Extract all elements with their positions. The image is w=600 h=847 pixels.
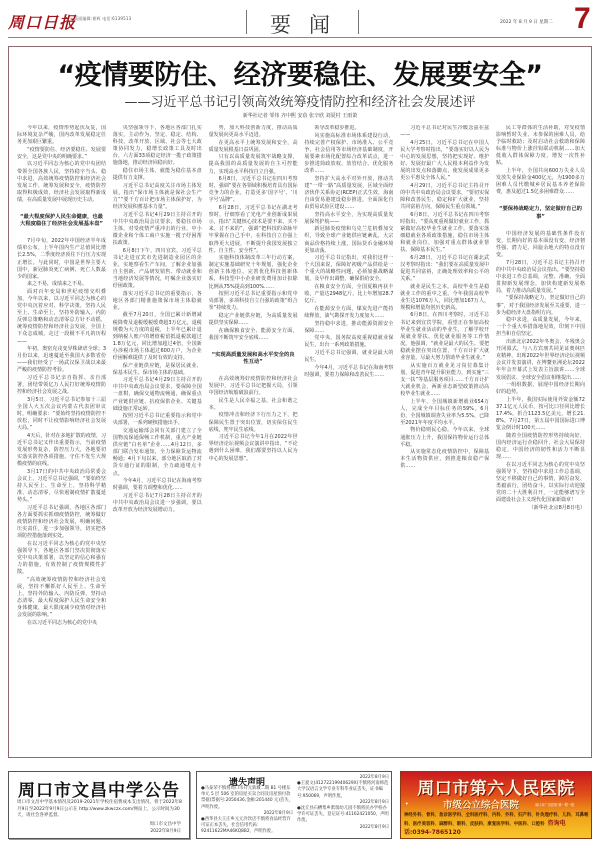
lost-notice-date: 2022年8月9日: [297, 825, 389, 831]
paragraph: 按照习近平总书记重要指示和党中央部署，多项科技自立自强的政策“组合拳”持续发力。: [209, 291, 298, 312]
article-attribution: （新华社北京8月8日电）: [496, 505, 585, 512]
issue-date: 2022 年 8 月 9 日 星期二: [500, 19, 553, 25]
article-byline: 新华社记者 邹伟 齐中熙 安蓓 张辛欣 刘夏村 王雨萧: [9, 112, 591, 119]
hospital-departments: 神经外科、骨科、急诊医学科、全科医疗科、内科、外科、妇产科、针灸理疗科、儿科、耳…: [404, 812, 590, 838]
paragraph: 7月中旬，2022年中国经济半年成绩单公布，上半年国内生产总值同比增长2.5%，…: [17, 238, 106, 281]
main-article: “疫情要防住、经济要稳住、发展要安全” ——习近平总书记引领高效统筹疫情防控和经…: [8, 46, 592, 758]
paragraph: 只有以高质量发展筑牢战略支撑，提高我国的高质量发展的自主可控能力，实现高水平科技…: [209, 154, 298, 175]
paragraph: 在更高水平上统筹发展和安全，高质量发展根基日益巩固。: [209, 140, 298, 154]
article-subheadline: ——习近平总书记引领高效统筹疫情防控和经济社会发展述评: [9, 91, 591, 110]
section-divider-right: [358, 10, 359, 34]
article-column-3: 势，加大科技创新力度，推动高质量发展向更高水平迈进。 在更高水平上统筹发展和安全…: [209, 125, 298, 751]
school-notice-ad: 周口市文昌中学公告 周口市文昌中学基本情况及2019-2021年学校住宿费成本支…: [8, 771, 190, 839]
section-heading: “要保持战略定力，坚定做好自己的事”: [498, 206, 583, 220]
paragraph: 3月17日的中共中央政治局常委会会议上，习近平总书记强调，“要始终坚持人民至上、…: [17, 469, 106, 504]
newspaper-logo: 周口日报: [8, 10, 76, 33]
paragraph: 民生是人民幸福之基、社会和谐之本。: [209, 398, 298, 412]
lost-notices-column-1: ●马泰荣不慎将周口市开元新城二期 B1 号楼东单元 5 层 506 室的房屋买卖…: [201, 786, 293, 836]
article-column-4: 领导改革稳步推进。 风实施高标准市场体系建设行动，持续完善产权保护、市场准入、公…: [304, 125, 393, 751]
paragraph: 习近平总书记7月28日主持召开的中共中央政治局会议进一步强调，要以改革开放为经济…: [113, 493, 202, 514]
paragraph: 年初，奥密克戎变异株肆虐全球；3月份以来，迅速蔓延至我国大多数省份——我们经受了…: [17, 346, 106, 374]
paragraph: 落实习近平总书记的重要指示，各地区各部门精准施策保市场主体稳就业。: [113, 291, 202, 312]
paragraph: 习近平总书记亲自指挥、亲自部署，团结带领亿万人民打好统筹疫情防控和经济社会发展之…: [17, 375, 106, 396]
article-column-2: 央坚强领导下，各地区各部门扎实落实，主动作为，坚定、稳定、结构、科技、改革开放、…: [113, 125, 202, 751]
paragraph: 出席北京2022年冬奥会、冬残奥会开闭幕式，与八方宾朋共同见证奥林匹克精神，出席…: [496, 339, 585, 382]
paragraph: 实施科技体制改革三年行动方案，制定实施基础研究十年规划，强化企业创新主体地位。完…: [209, 255, 298, 290]
paragraph: 在高效统筹好疫情防控和经济社会发展中，习近平总书记把握大局，引领中国经济航船破浪…: [209, 376, 298, 397]
article-column-1: 今年以来，疫情形势起伏反复，国际环境复杂严峻，国内改革发展稳定任务更加艰巨繁重。…: [17, 125, 106, 751]
section-title: 要闻: [270, 9, 348, 39]
paragraph: 面对百年变局和世纪疫情交织叠加，今年以来，以习近平同志为核心的党中央沉着应对、科…: [17, 289, 106, 346]
paragraph: 3月5日，习近平总书记参加十三届全国人大五次会议内蒙古代表团审议时，明确要求：“…: [17, 397, 106, 432]
school-notice-title: 周口市文昌中学公告: [9, 776, 189, 801]
paragraph: 习近平总书记4月29日主持召开的中共中央政治局会议要求，要稳住市场主体，对受疫情…: [113, 212, 202, 247]
school-notice-signer: 周口市文昌中学: [150, 822, 182, 829]
page-number: 7: [574, 2, 591, 36]
lost-notices-column-2: 2022年8月9日 ●王爱文(41272219940629X)不慎将河南师范大学…: [297, 775, 389, 831]
paragraph: 按照习近平总书记重要指示和党中央部署，一系列硬核措施出手。: [113, 413, 202, 427]
article-column-6: 民工等群体的生活补助，对受疫情影响暂时失业、未参保的困难人员，给予临时救助；及时…: [496, 125, 585, 751]
paragraph: 今年4月，习近平总书记在海南考察时强调，要着力调整和优化……: [113, 478, 202, 492]
article-columns: 今年以来，疫情形势起伏反复，国际环境复杂严峻，国内改革发展稳定任务更加艰巨繁重。…: [17, 125, 585, 751]
hospital-subtitle: 市级公立综合医院: [443, 797, 519, 811]
paragraph: 稳定产业链供应链，为高质量发展提供坚实保障……: [209, 313, 298, 327]
section-heading: “实现高质量发展和高水平安全的良性互动”: [211, 352, 296, 366]
paragraph: 风实施高标准市场体系建设行动，持续完善产权保护、市场准入、公平竞争、社会信用等市…: [304, 133, 393, 176]
paragraph: 物价稳则民心稳。今年以来，全球通胀压力上升，我国保持物价运行总体平稳。: [400, 427, 489, 448]
paragraph: 在确保粮食安全、能源安全方面，我国不断筑牢安全底线……: [209, 328, 298, 342]
paragraph: 新冠肺炎疫情和乌克兰危机叠加交织，导致全球产业链供应链紊乱，大宗商品价格持续上涨…: [304, 226, 393, 254]
paragraph: 随着全国疫情防控形势持续向好，国内经济运行企稳回升，社会大局保持稳定，中国经济的…: [496, 433, 585, 461]
paragraph: 习近平总书记强调，各地区各部门各方面要抓实抓细疫情防控，统筹做好疫情防控和经济社…: [17, 505, 106, 540]
paragraph: 7月28日，习近平总书记主持召开的中共中央政治局会议指出，“要坚持稳中求进工作总…: [496, 260, 585, 295]
section-divider-left: [246, 10, 247, 34]
paragraph: 保产业链供应链，是保居民就业、保基本民生、保市场主体的基础。: [113, 363, 202, 377]
paragraph: 交通运输部会同有关部门建立了全国物流保通保畅工作机制，重点产业链供应链“白名单”…: [113, 428, 202, 478]
paragraph: 坚持高水平安全，为实现高质量发展保驾护航——: [304, 212, 393, 226]
paragraph: 4月29日，习近平总书记主持召开的中共中央政治局会议要求，“要切实保障和改善民生…: [400, 183, 489, 211]
paragraph: 习近平总书记对民生冷暖念兹在兹——: [400, 125, 489, 139]
paragraph: 上半年，我国实际使用外资金额7237.1亿元人民币，按可比口径同比增长17.4%…: [496, 397, 585, 432]
school-notice-body: 周口市文昌中学基本情况及2019-2021年学校住宿费成本支出情况，将于2022…: [17, 800, 185, 820]
paragraph: 中国经济发展的基础性条件没有变，长期向好的基本面没有变，经济韧性强、潜力足、回旋…: [496, 231, 585, 259]
paragraph: 在粮食安全方面，全国夏粮再获丰收，产量达2948亿斤，比上年增加28.7亿斤。: [304, 284, 393, 305]
paragraph: 习近平总书记4月29日主持召开的中共中央政治局会议要求，要保障全国一盘棋，确保交…: [113, 377, 202, 412]
paragraph: 疫情冲击和经济下行压力之下，把保障民生置于突出位置，切实保住民生底线，兜牢民生底…: [209, 412, 298, 433]
masthead: 周口日报 版面编辑:崔辉 电话:6139513 要闻 2022 年 8 月 9 …: [8, 0, 592, 38]
paragraph: 习近平总书记高度关注市场主体发展，指出“保市场主体就是保社会生产力”“要千方百计…: [113, 183, 202, 211]
paragraph: “要保持战略定力，坚定做好自己的事”，对于我国经济发展至关重要，进一步为稳经济大…: [496, 295, 585, 316]
school-notice-date: 2022年8月9日: [150, 829, 182, 836]
paragraph: 6月28日，习近平总书记在湖北考察时，仔细察看了光电产业创新成果展示，指出“关键…: [209, 205, 298, 255]
paragraph: 从实施百万就业见习岗位募集计划，促进青年提升职业能力，到实施“三支一扶”等基层服…: [400, 363, 489, 398]
paragraph: 截至7月20日，全国已累计新增减税降费及退税缓税缓费超3万亿元，退税规模为大力度…: [113, 312, 202, 362]
paragraph: 上半年，全国共向600万失业人员发放失业保险金400亿元，为1900多万困难人员…: [496, 168, 585, 196]
paragraph: 上半年，全国城镇新增就业654万人，完成全年目标任务的59%。6月份，全国城镇调…: [400, 399, 489, 427]
hospital-name: 周口市第六人民医院: [401, 774, 591, 799]
paragraph: 势，加大科技创新力度，推动高质量发展向更高水平迈进。: [209, 125, 298, 139]
hospital-phone: 0394-7865120: [412, 829, 460, 836]
section-heading: “最大程度保护人民生命健康，也最大程度稳住了经济社会发展基本盘”: [19, 214, 104, 228]
paragraph: 在能源安全方面，煤炭先进产能持续释放，油气勘探开发力度加大……: [304, 306, 393, 320]
paragraph: 一组组数据，展现中国经济长期向好的趋势。: [496, 382, 585, 396]
bullet-mark-icon: •: [405, 801, 409, 808]
paragraph: 党中央、国务院高度重视稳就业保民生，出台一系列政策措施。: [304, 335, 393, 349]
paragraph: 6月8日下午，四川宜宾。习近平总书记走进宜宾市先进制造业园区的企业，实地察看生产…: [113, 248, 202, 291]
paragraph: 今年4月，习近平总书记在海南考察时强调，要着力保障和改善民生……: [304, 365, 393, 379]
paragraph: 以习近平同志为核心的党中央团结带领全国各族人民，坚持稳字当头、稳中求进，高效统筹…: [17, 161, 106, 204]
paragraph: 6月8日，习近平总书记在四川考察时，强调“要在各领域积极培育具有国际竞争力的企业…: [209, 176, 298, 204]
paragraph: 4月25日，习近平总书记在中国人民大学考察时指出，“要落实好以人民为中心的发展思…: [400, 140, 489, 183]
paragraph: 来之不易，成绩来之不易。: [17, 281, 106, 288]
hospital-note: 周口市广济医院·第一附一院: [535, 802, 574, 807]
paragraph: 央坚强领导下，各地区各部门扎实落实，主动作为，坚定、稳定、结构、科技、改革开放、…: [113, 125, 202, 168]
lost-notice-item: ●沈丘县石槽集乡紫瑞幼儿园不慎将民办学校办学许可证丢失，登记证号:4116242…: [297, 806, 389, 825]
paragraph: 6月8日，习近平总书记在四川考察时指出，“要高度重视做好就业工作，抓紧做好高校毕…: [400, 212, 489, 255]
paragraph: 习近平总书记强调，就业是最大的民生。: [304, 350, 393, 364]
paragraph: 在以习近平同志为核心的党中央坚强领导下，各地区各部门坚决贯彻落实党中央决策部署，…: [17, 541, 106, 576]
paragraph: 领导改革稳步推进。: [304, 125, 393, 132]
article-headline: “疫情要防住、经济要稳住、发展要安全”: [9, 53, 591, 92]
paragraph: 6月8日，在四川考察时，习近平总书记来到宜宾学院，看望正在参加高校毕业生就业活动…: [400, 312, 489, 362]
paragraph: 在以习近平同志为核心的党中央坚强领导下，坚持稳中求进工作总基调，坚定不移做好自己…: [496, 462, 585, 505]
article-column-5: 习近平总书记对民生冷暖念兹在兹—— 4月25日，习近平总书记在中国人民大学考察时…: [400, 125, 489, 751]
paragraph: 在以习近平同志为核心的党中央: [17, 620, 106, 627]
paragraph: 稳中求进，高质量发展，今年来，一个个重大举措落地见效，印刻下中国担当和自信坚定。: [496, 317, 585, 338]
paragraph: 稳住市场主体，就能为稳住基本盘提供有力支撑。: [113, 168, 202, 182]
paragraph: “疫情要防住、经济要稳住、发展要安全，这是党中央的明确要求。”: [17, 147, 106, 161]
paragraph: 坚持扩大高水平对外开放，推动共建“一带一路”高质量发展，区域全面经济伙伴关系协定…: [304, 176, 393, 211]
paragraph: 6月28日，习近平总书记在湖北武汉考察时指出：“我们要在高质量发展中促进共同富裕…: [400, 255, 489, 283]
paragraph: 习近平总书记今年1月在2022年世界经济论坛视频会议演讲中指出，“不论遇到什么困…: [209, 434, 298, 462]
paragraph: 4天后，针对在多地扩散的疫情，习近平总书记又作出重要指示，当前疫情发展形势复杂，…: [17, 433, 106, 468]
lost-notice-item: ●王爱文(41272219940629X)不慎将河南师范大学汉语言文学专业专科毕…: [297, 781, 389, 800]
paragraph: 从实施常态化疫情防控中，保障基本生活物资供应，到推进粮食稳产保供……: [400, 449, 489, 470]
editor-info: 版面编辑:崔辉 电话:6139513: [74, 16, 131, 22]
lost-notice-item: ●马泰荣不慎将周口市开元新城二期 B1 号楼东单元 5 层 506 室的房屋买卖…: [201, 786, 293, 811]
school-notice-signature: 周口市文昌中学 2022年8月9日: [150, 822, 182, 835]
paragraph: 民工等群体的生活补助，对受疫情影响暂时失业、未参保的困难人员，给予临时救助；及时…: [496, 125, 585, 168]
lost-notices-ad: 遗失声明 ●马泰荣不慎将周口市开元新城二期 B1 号楼东单元 5 层 506 室…: [196, 771, 392, 839]
hospital-ad: 周口市第六人民医院 • 市级公立综合医院 周口市广济医院·第一附一院 神经外科、…: [400, 771, 592, 839]
paragraph: 坚持稳中求进，推动能源资源安全保障……: [304, 321, 393, 335]
paragraph: “高效统筹疫情防控和经济社会发展，坚持不懈抓好人民至上、生命至上，坚持外防输入、…: [17, 577, 106, 620]
paragraph: 习近平总书记指出，对我们这样一个大国来说，保障好初级产品供给是一个重大的战略性问…: [304, 255, 393, 283]
lost-notice-item: ●西华县大王庄乡元元冷饮店不慎将食品经营许可证正本丢失，社会信用代码：92411…: [201, 817, 293, 836]
paragraph: 就业是民生之本。高校毕业生是稳就业工作的重中之重。今年我国高校毕业生达1076万…: [400, 284, 489, 312]
paragraph: 今年以来，疫情形势起伏反复，国际环境复杂严峻，国内改革发展稳定任务更加艰巨繁重。: [17, 125, 106, 146]
